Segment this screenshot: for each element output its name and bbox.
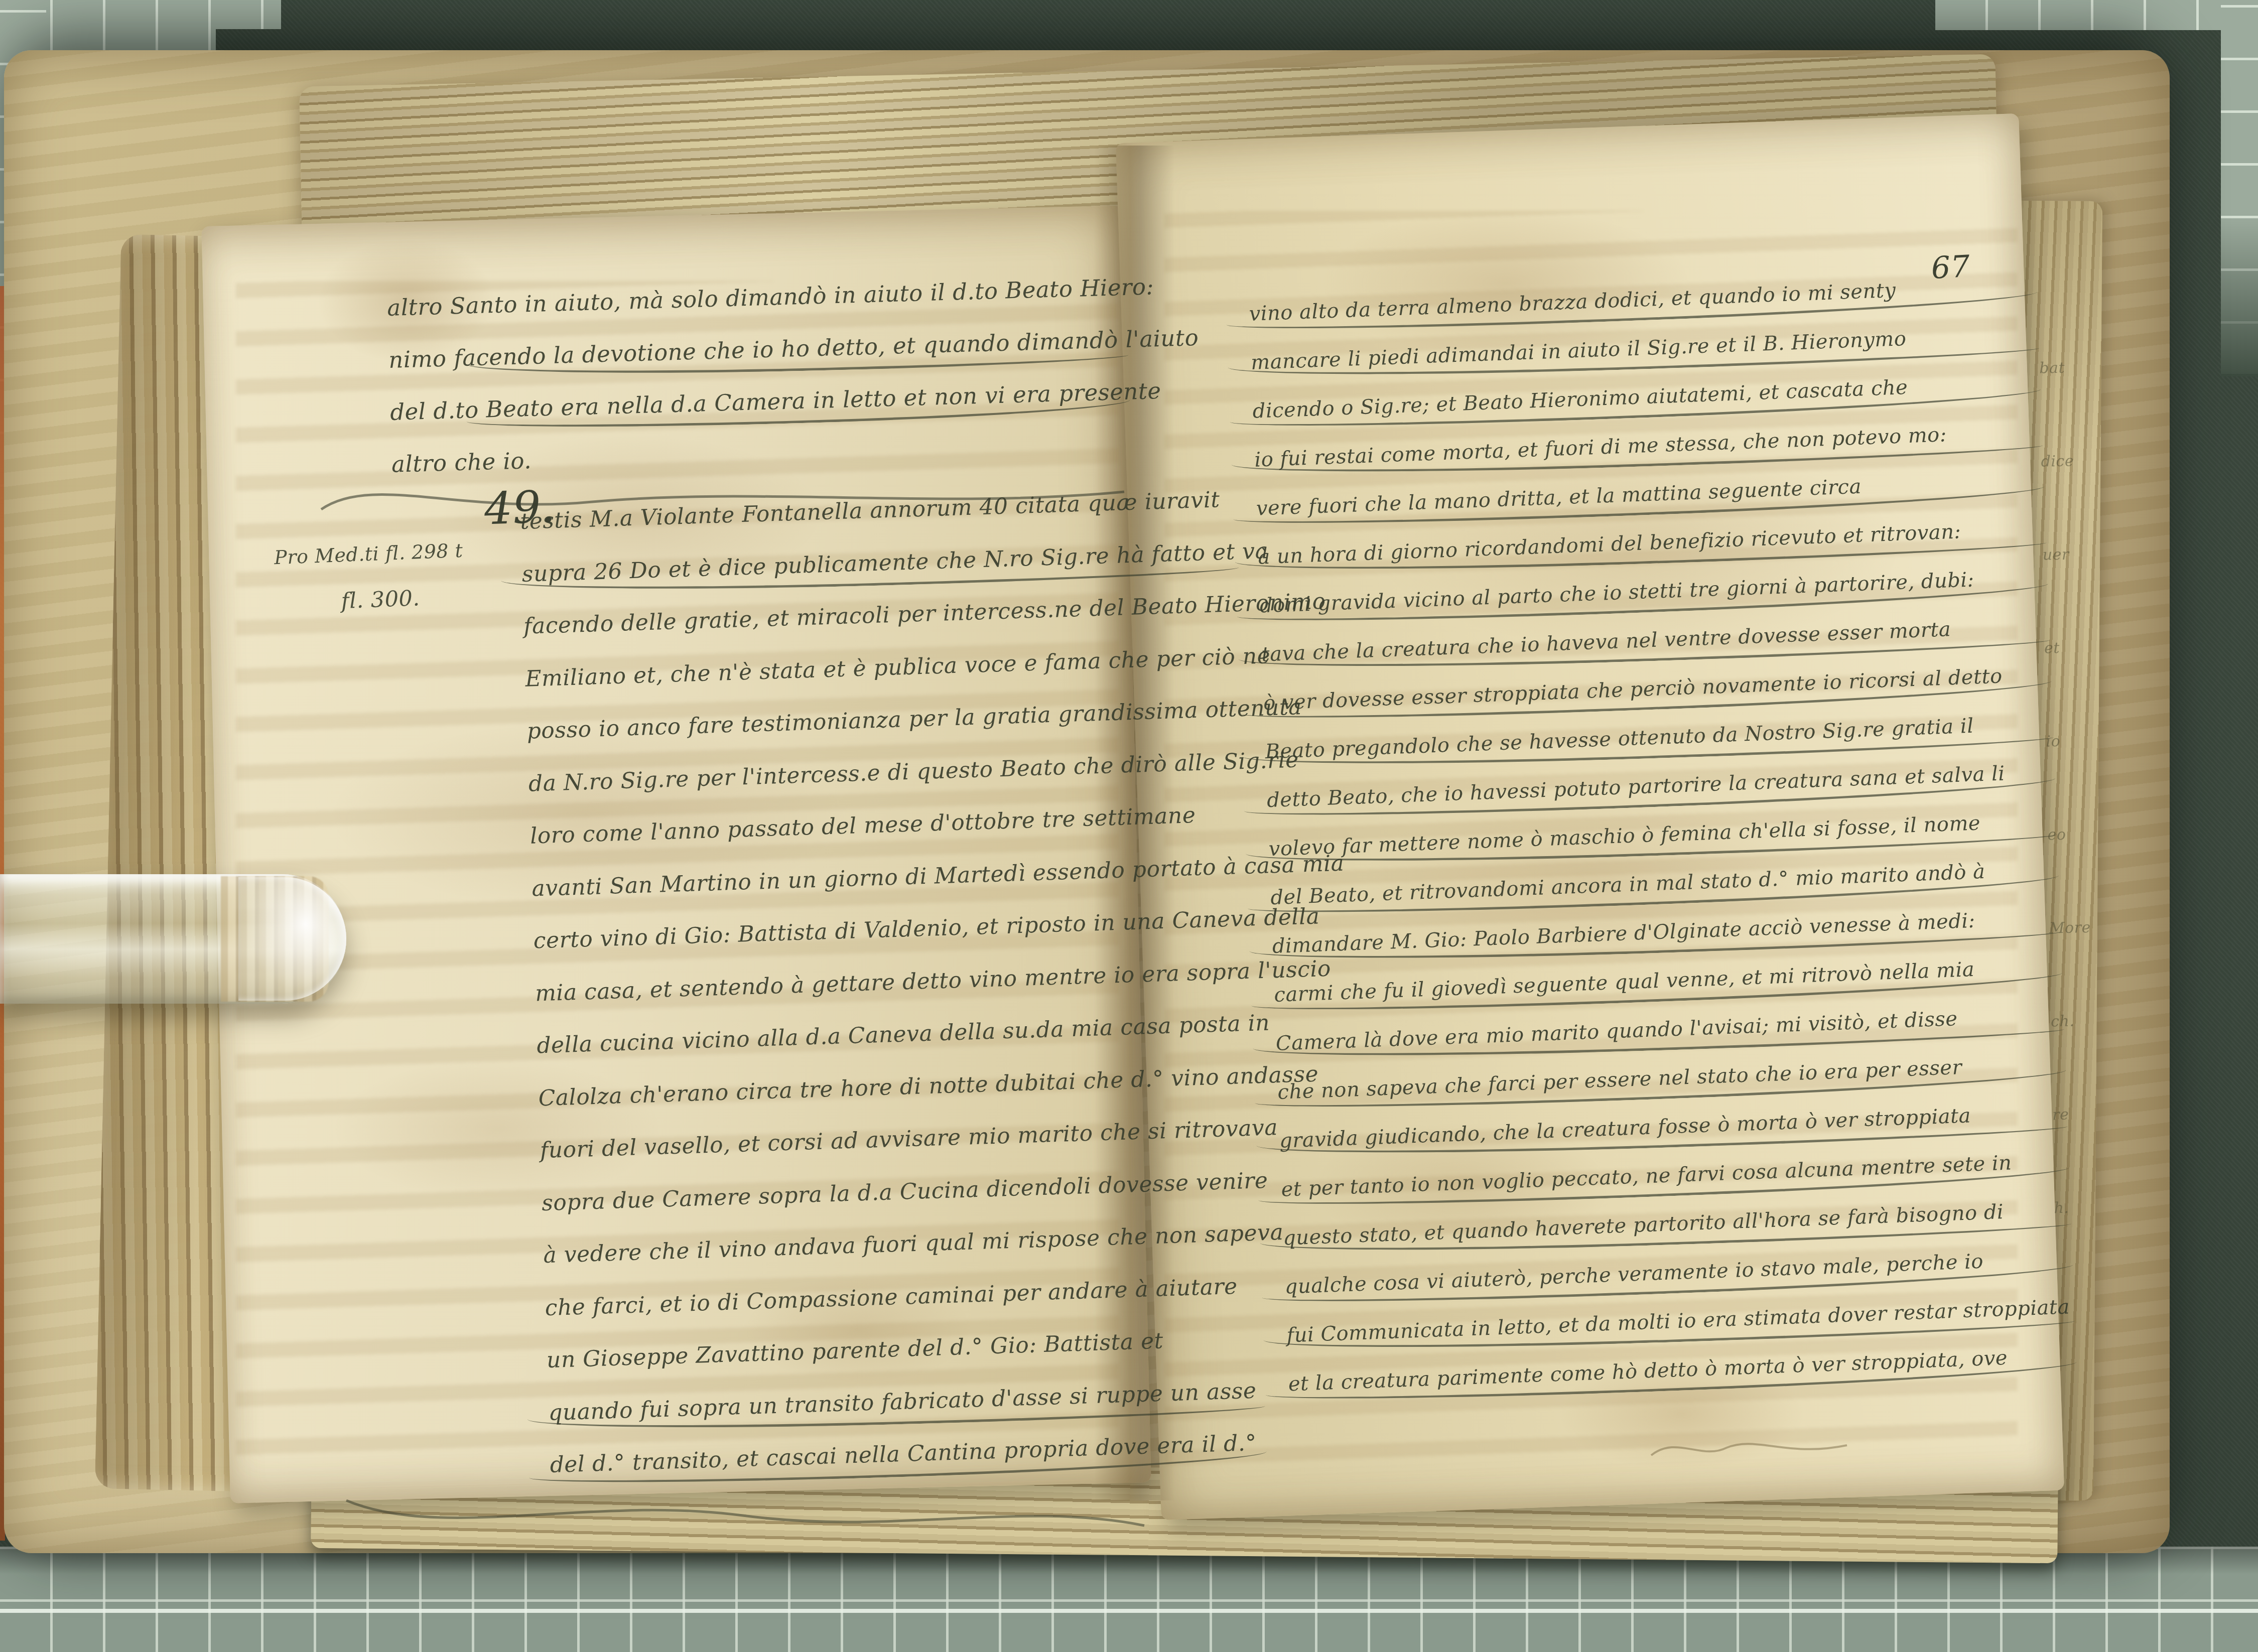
edge-fragment: ch. xyxy=(2050,974,2137,1068)
scale-grid-bottom xyxy=(0,1547,2258,1652)
right-page-text: vino alto da terra almeno brazza dodici,… xyxy=(1248,262,2062,1409)
edge-fragment: io xyxy=(2045,694,2132,789)
edge-fragment: h. xyxy=(2053,1160,2140,1255)
edge-fragment: eo xyxy=(2047,787,2134,882)
edge-fragment: More xyxy=(2048,880,2135,975)
edge-fragment: bat xyxy=(2039,321,2126,416)
edge-fragment: re xyxy=(2052,1067,2139,1162)
manuscript-photo-scene: altro Santo in aiuto, mà solo dimandò in… xyxy=(0,0,2258,1652)
scale-grid-right-edge xyxy=(2221,0,2258,374)
left-page-intro-text: altro Santo in aiuto, mà solo dimandò in… xyxy=(386,261,1155,491)
edge-fragment: uer xyxy=(2042,507,2129,602)
scale-grid-top-right xyxy=(1935,0,2258,30)
glass-weight xyxy=(0,874,346,1004)
fore-edge-text-fragments: batdiceueretioeoMorech.reh. xyxy=(2039,321,2140,1256)
margin-note: Pro Med.ti fl. 298 t fl. 300. xyxy=(274,527,466,627)
left-page-deposition-text: testis M.a Violante Fontanella annorum 4… xyxy=(519,474,1253,1491)
margin-note-line: Pro Med.ti fl. 298 t xyxy=(274,527,464,581)
margin-note-line: fl. 300. xyxy=(340,574,466,624)
edge-fragment: et xyxy=(2044,601,2131,696)
edge-fragment: dice xyxy=(2040,414,2127,509)
